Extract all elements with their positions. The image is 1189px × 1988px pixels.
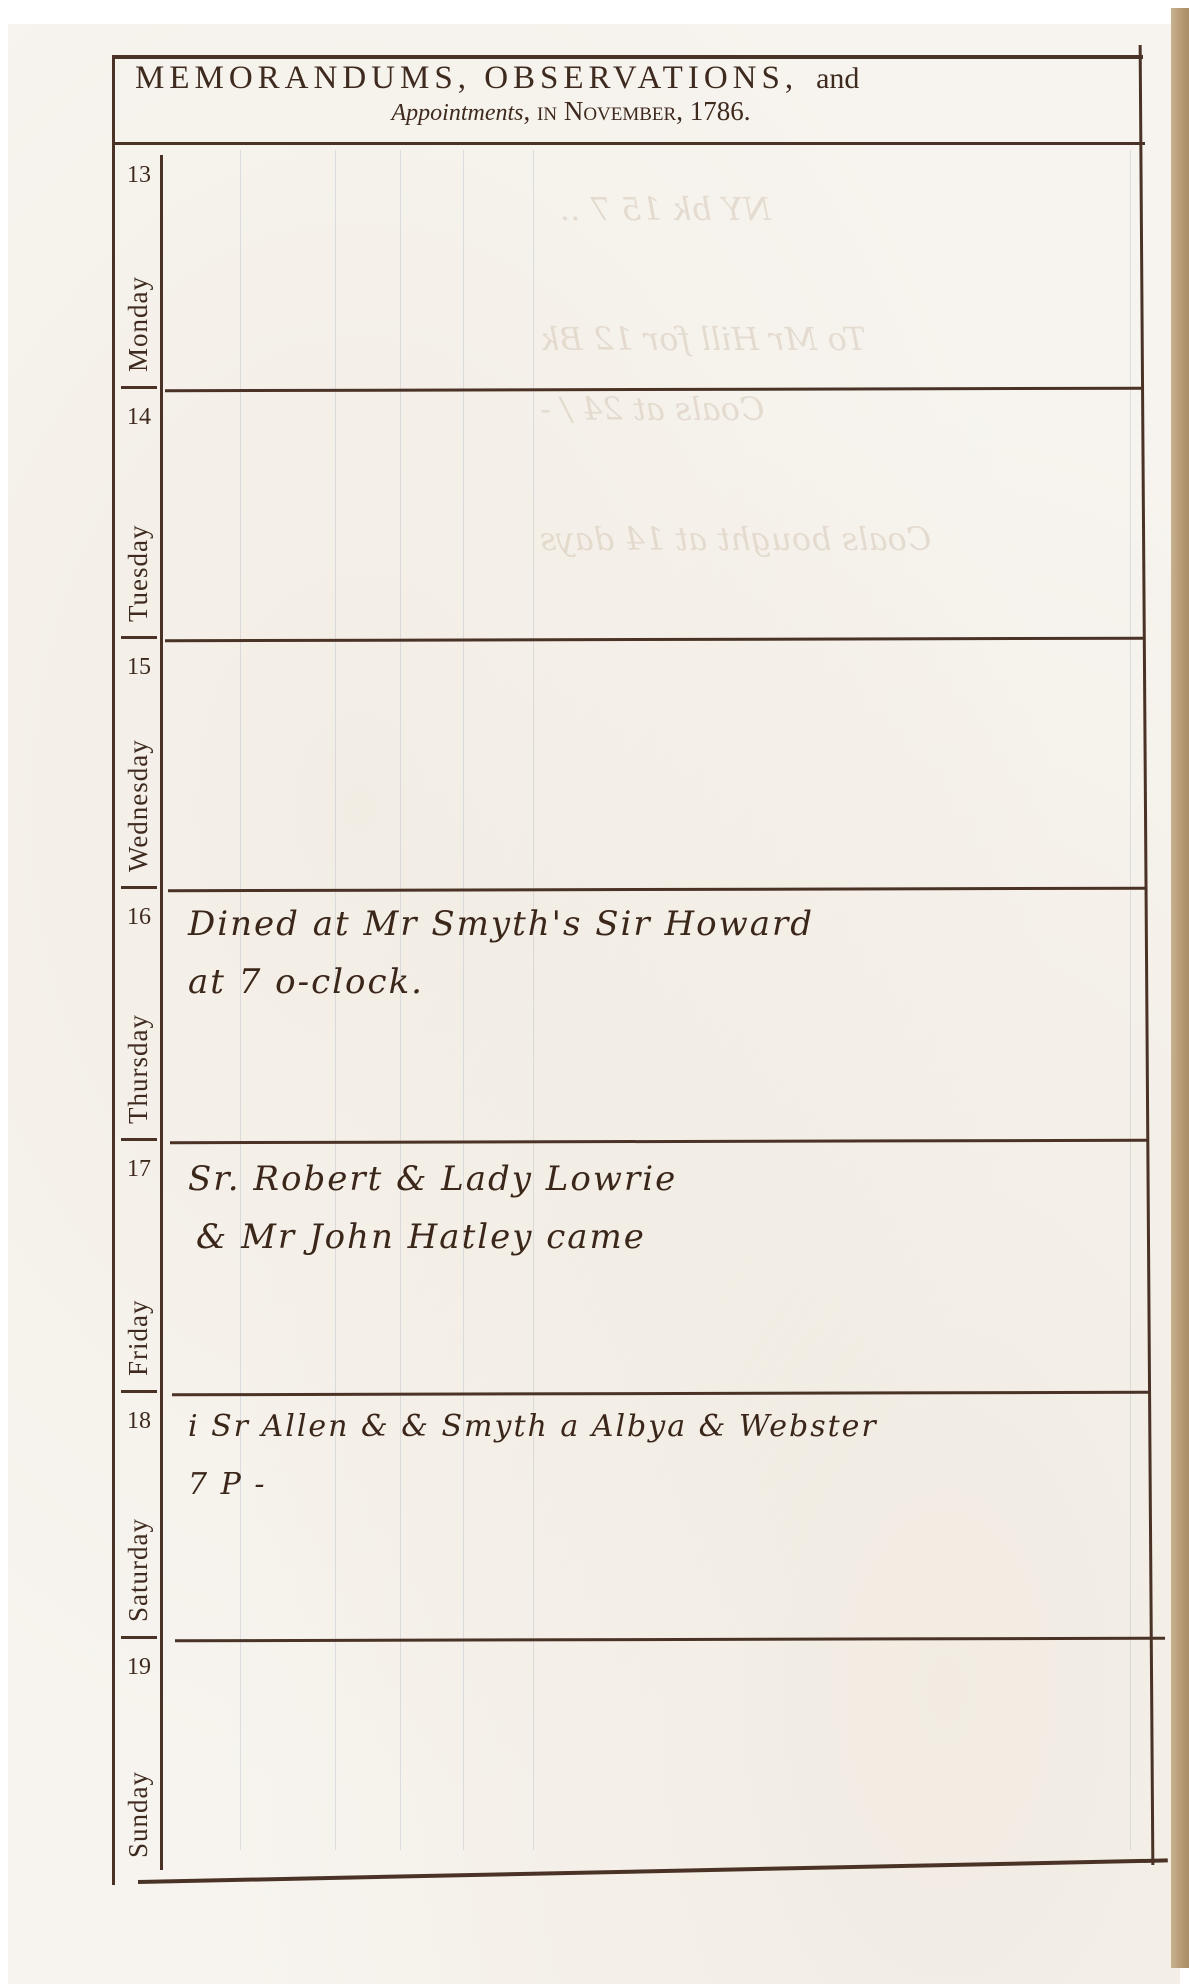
- page-title: MEMORANDUMS, OBSERVATIONS,and: [135, 60, 1135, 97]
- day-number: 17: [115, 1156, 163, 1183]
- day-name: Thursday: [123, 1014, 154, 1124]
- day-cell-sunday: 19 Sunday: [115, 1642, 163, 1874]
- day-name: Sunday: [123, 1771, 154, 1858]
- subtitle-italic: Appointments: [392, 100, 524, 126]
- subtitle-month-year: , in November, 1786.: [524, 96, 751, 126]
- entry-friday: Sr. Robert & Lady Lowrie & Mr John Hatle…: [188, 1150, 1148, 1266]
- day-number: 18: [115, 1408, 163, 1435]
- book-edge: [1171, 8, 1189, 1968]
- day-number: 19: [115, 1654, 163, 1681]
- day-cell-friday: 17 Friday: [115, 1144, 163, 1392]
- day-tick: [121, 1636, 157, 1639]
- entry-line: 7 P -: [188, 1456, 1148, 1514]
- entry-line: Dined at Mr Smyth's Sir Howard: [188, 895, 1148, 953]
- entry-line: at 7 o-clock.: [188, 953, 1148, 1011]
- day-tick: [121, 1390, 157, 1393]
- day-number: 16: [115, 904, 163, 931]
- title-and: and: [816, 62, 859, 95]
- day-tick: [121, 1138, 157, 1141]
- bleed-through-text: Coals bought at 14 days: [540, 520, 931, 558]
- day-name: Friday: [123, 1300, 154, 1377]
- day-tick: [121, 886, 157, 889]
- day-cell-wednesday: 15 Wednesday: [115, 642, 163, 888]
- title-text: MEMORANDUMS, OBSERVATIONS,: [135, 60, 798, 96]
- entry-line: & Mr John Hatley came: [188, 1208, 1148, 1266]
- bleed-through-text: Coals at 24 / -: [540, 390, 764, 428]
- frame-top-rule: [115, 55, 1143, 59]
- page-subtitle: Appointments, in November, 1786.: [0, 96, 1142, 127]
- day-number: 13: [115, 162, 163, 189]
- day-name: Saturday: [123, 1518, 154, 1622]
- entry-line: Sr. Robert & Lady Lowrie: [188, 1150, 1148, 1208]
- day-name: Wednesday: [123, 739, 154, 872]
- day-cell-tuesday: 14 Tuesday: [115, 392, 163, 638]
- header-bottom-rule: [115, 142, 1145, 145]
- day-cell-thursday: 16 Thursday: [115, 892, 163, 1140]
- bleed-through-text: NY bk 15 7 ..: [560, 190, 771, 228]
- day-name: Tuesday: [123, 524, 154, 622]
- day-cell-saturday: 18 Saturday: [115, 1396, 163, 1638]
- entry-thursday: Dined at Mr Smyth's Sir Howard at 7 o-cl…: [188, 895, 1148, 1011]
- day-number: 14: [115, 404, 163, 431]
- day-tick: [121, 636, 157, 639]
- day-number: 15: [115, 654, 163, 681]
- day-tick: [121, 386, 157, 389]
- day-cell-monday: 13 Monday: [115, 150, 163, 388]
- bleed-through-text: To Mr Hill for 12 Bk: [540, 320, 866, 358]
- entry-line: i Sr Allen & & Smyth a Albya & Webster: [188, 1398, 1148, 1456]
- entry-saturday: i Sr Allen & & Smyth a Albya & Webster 7…: [188, 1398, 1148, 1514]
- day-name: Monday: [123, 276, 154, 372]
